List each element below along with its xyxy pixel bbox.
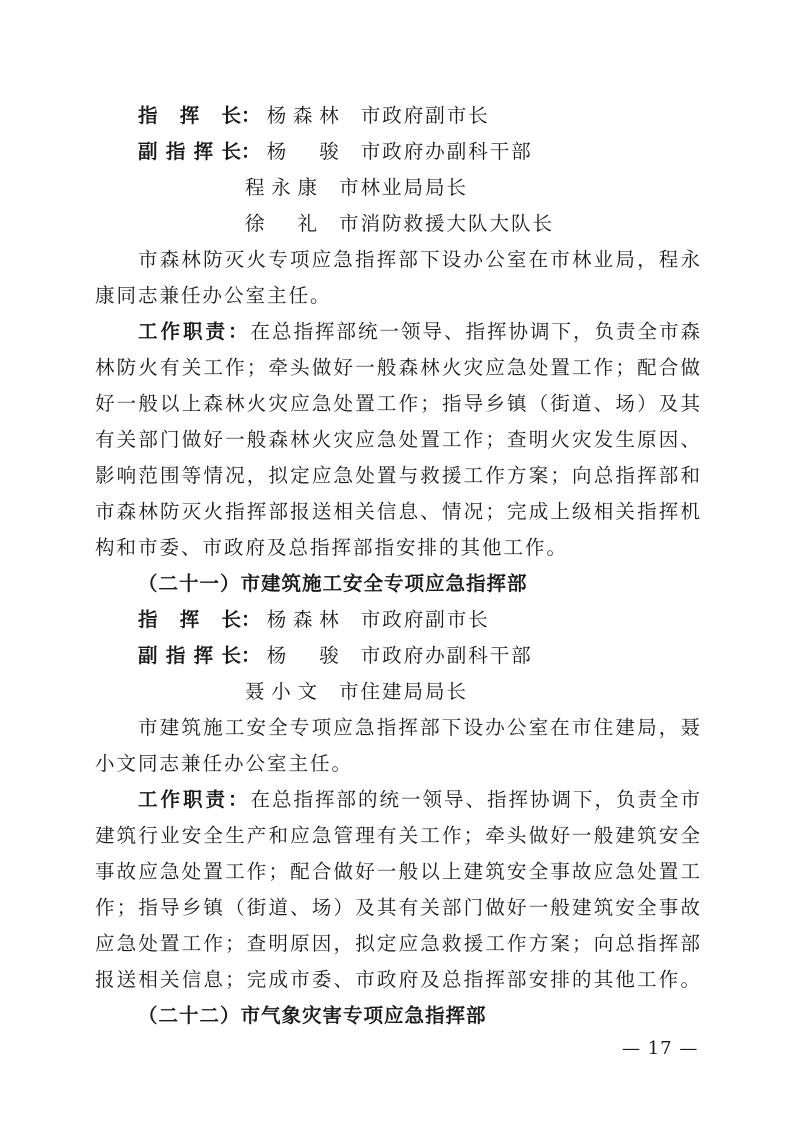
duties-text: 在总指挥部统一领导、指挥协调下，负责全市森 — [251, 320, 700, 343]
duties-label: 工作职责： — [138, 320, 251, 343]
duties-paragraph-line: 市森林防灭火指挥部报送相关信息、情况；完成上级相关指挥机 — [95, 494, 700, 530]
document-page: 指挥长： 杨森林市政府副市长 副指挥长： 杨 骏市政府办副科干部 程永康市林业局… — [0, 0, 793, 1122]
duties-label: 工作职责： — [138, 788, 251, 811]
duties-paragraph-line: 工作职责：在总指挥部的统一领导、指挥协调下，负责全市 — [138, 782, 700, 818]
office-paragraph-line: 康同志兼任办公室主任。 — [95, 278, 700, 314]
colon: ： — [241, 644, 261, 667]
duties-paragraph-line: 构和市委、市政府及总指挥部指安排的其他工作。 — [95, 530, 700, 566]
deputy-name: 杨 骏 — [267, 134, 339, 170]
deputy-label: 副指挥长 — [138, 638, 241, 674]
commander-row: 指挥长： 杨森林市政府副市长 — [138, 98, 490, 134]
colon: ： — [241, 140, 261, 163]
duties-paragraph-line: 报送相关信息；完成市委、市政府及总指挥部安排的其他工作。 — [95, 962, 700, 998]
deputy-row: 聂小文市住建局局长 — [245, 674, 468, 710]
colon: ： — [241, 608, 261, 631]
duties-paragraph-line: 建筑行业安全生产和应急管理有关工作；牵头做好一般建筑安全 — [95, 818, 700, 854]
deputy-row: 副指挥长： 杨 骏市政府办副科干部 — [138, 638, 533, 674]
duties-paragraph-line: 事故应急处置工作；配合做好一般以上建筑安全事故应急处置工 — [95, 854, 700, 890]
deputy-label: 副指挥长 — [138, 134, 241, 170]
deputy-role: 市消防救援大队大队长 — [339, 212, 554, 235]
duties-paragraph-line: 应急处置工作；查明原因，拟定应急救援工作方案；向总指挥部 — [95, 926, 700, 962]
deputy-name: 聂小文 — [245, 674, 317, 710]
office-paragraph-line: 小文同志兼任办公室主任。 — [95, 746, 700, 782]
deputy-role: 市林业局局长 — [339, 176, 468, 199]
colon: ： — [241, 104, 261, 127]
deputy-name: 徐 礼 — [245, 206, 317, 242]
section-heading: （二十一）市建筑施工安全专项应急指挥部 — [138, 566, 528, 602]
duties-paragraph-line: 作；指导乡镇（街道、场）及其有关部门做好一般建筑安全事故 — [95, 890, 700, 926]
commander-row: 指挥长： 杨森林市政府副市长 — [138, 602, 490, 638]
commander-role: 市政府副市长 — [361, 608, 490, 631]
section-heading: （二十二）市气象灾害专项应急指挥部 — [138, 998, 487, 1034]
duties-paragraph-line: 有关部门做好一般森林火灾应急处置工作；查明火灾发生原因、 — [95, 422, 700, 458]
office-paragraph-line: 市森林防灭火专项应急指挥部下设办公室在市林业局，程永 — [138, 242, 700, 278]
duties-paragraph-line: 林防火有关工作；牵头做好一般森林火灾应急处置工作；配合做 — [95, 350, 700, 386]
deputy-name: 程永康 — [245, 170, 317, 206]
deputy-name: 杨 骏 — [267, 638, 339, 674]
deputy-row: 徐 礼市消防救援大队大队长 — [245, 206, 554, 242]
duties-paragraph-line: 好一般以上森林火灾应急处置工作；指导乡镇（街道、场）及其 — [95, 386, 700, 422]
commander-name: 杨森林 — [267, 602, 339, 638]
duties-paragraph-line: 影响范围等情况，拟定应急处置与救援工作方案；向总指挥部和 — [95, 458, 700, 494]
duties-paragraph-line: 工作职责：在总指挥部统一领导、指挥协调下，负责全市森 — [138, 314, 700, 350]
office-paragraph-line: 市建筑施工安全专项应急指挥部下设办公室在市住建局，聂 — [138, 710, 700, 746]
commander-name: 杨森林 — [267, 98, 339, 134]
deputy-row: 程永康市林业局局长 — [245, 170, 468, 206]
commander-label: 指挥长 — [138, 602, 241, 638]
page-number: — 17 — — [622, 1038, 698, 1059]
deputy-role: 市政府办副科干部 — [361, 140, 533, 163]
deputy-role: 市政府办副科干部 — [361, 644, 533, 667]
deputy-role: 市住建局局长 — [339, 680, 468, 703]
commander-label: 指挥长 — [138, 98, 241, 134]
commander-role: 市政府副市长 — [361, 104, 490, 127]
deputy-row: 副指挥长： 杨 骏市政府办副科干部 — [138, 134, 533, 170]
duties-text: 在总指挥部的统一领导、指挥协调下，负责全市 — [251, 788, 700, 811]
